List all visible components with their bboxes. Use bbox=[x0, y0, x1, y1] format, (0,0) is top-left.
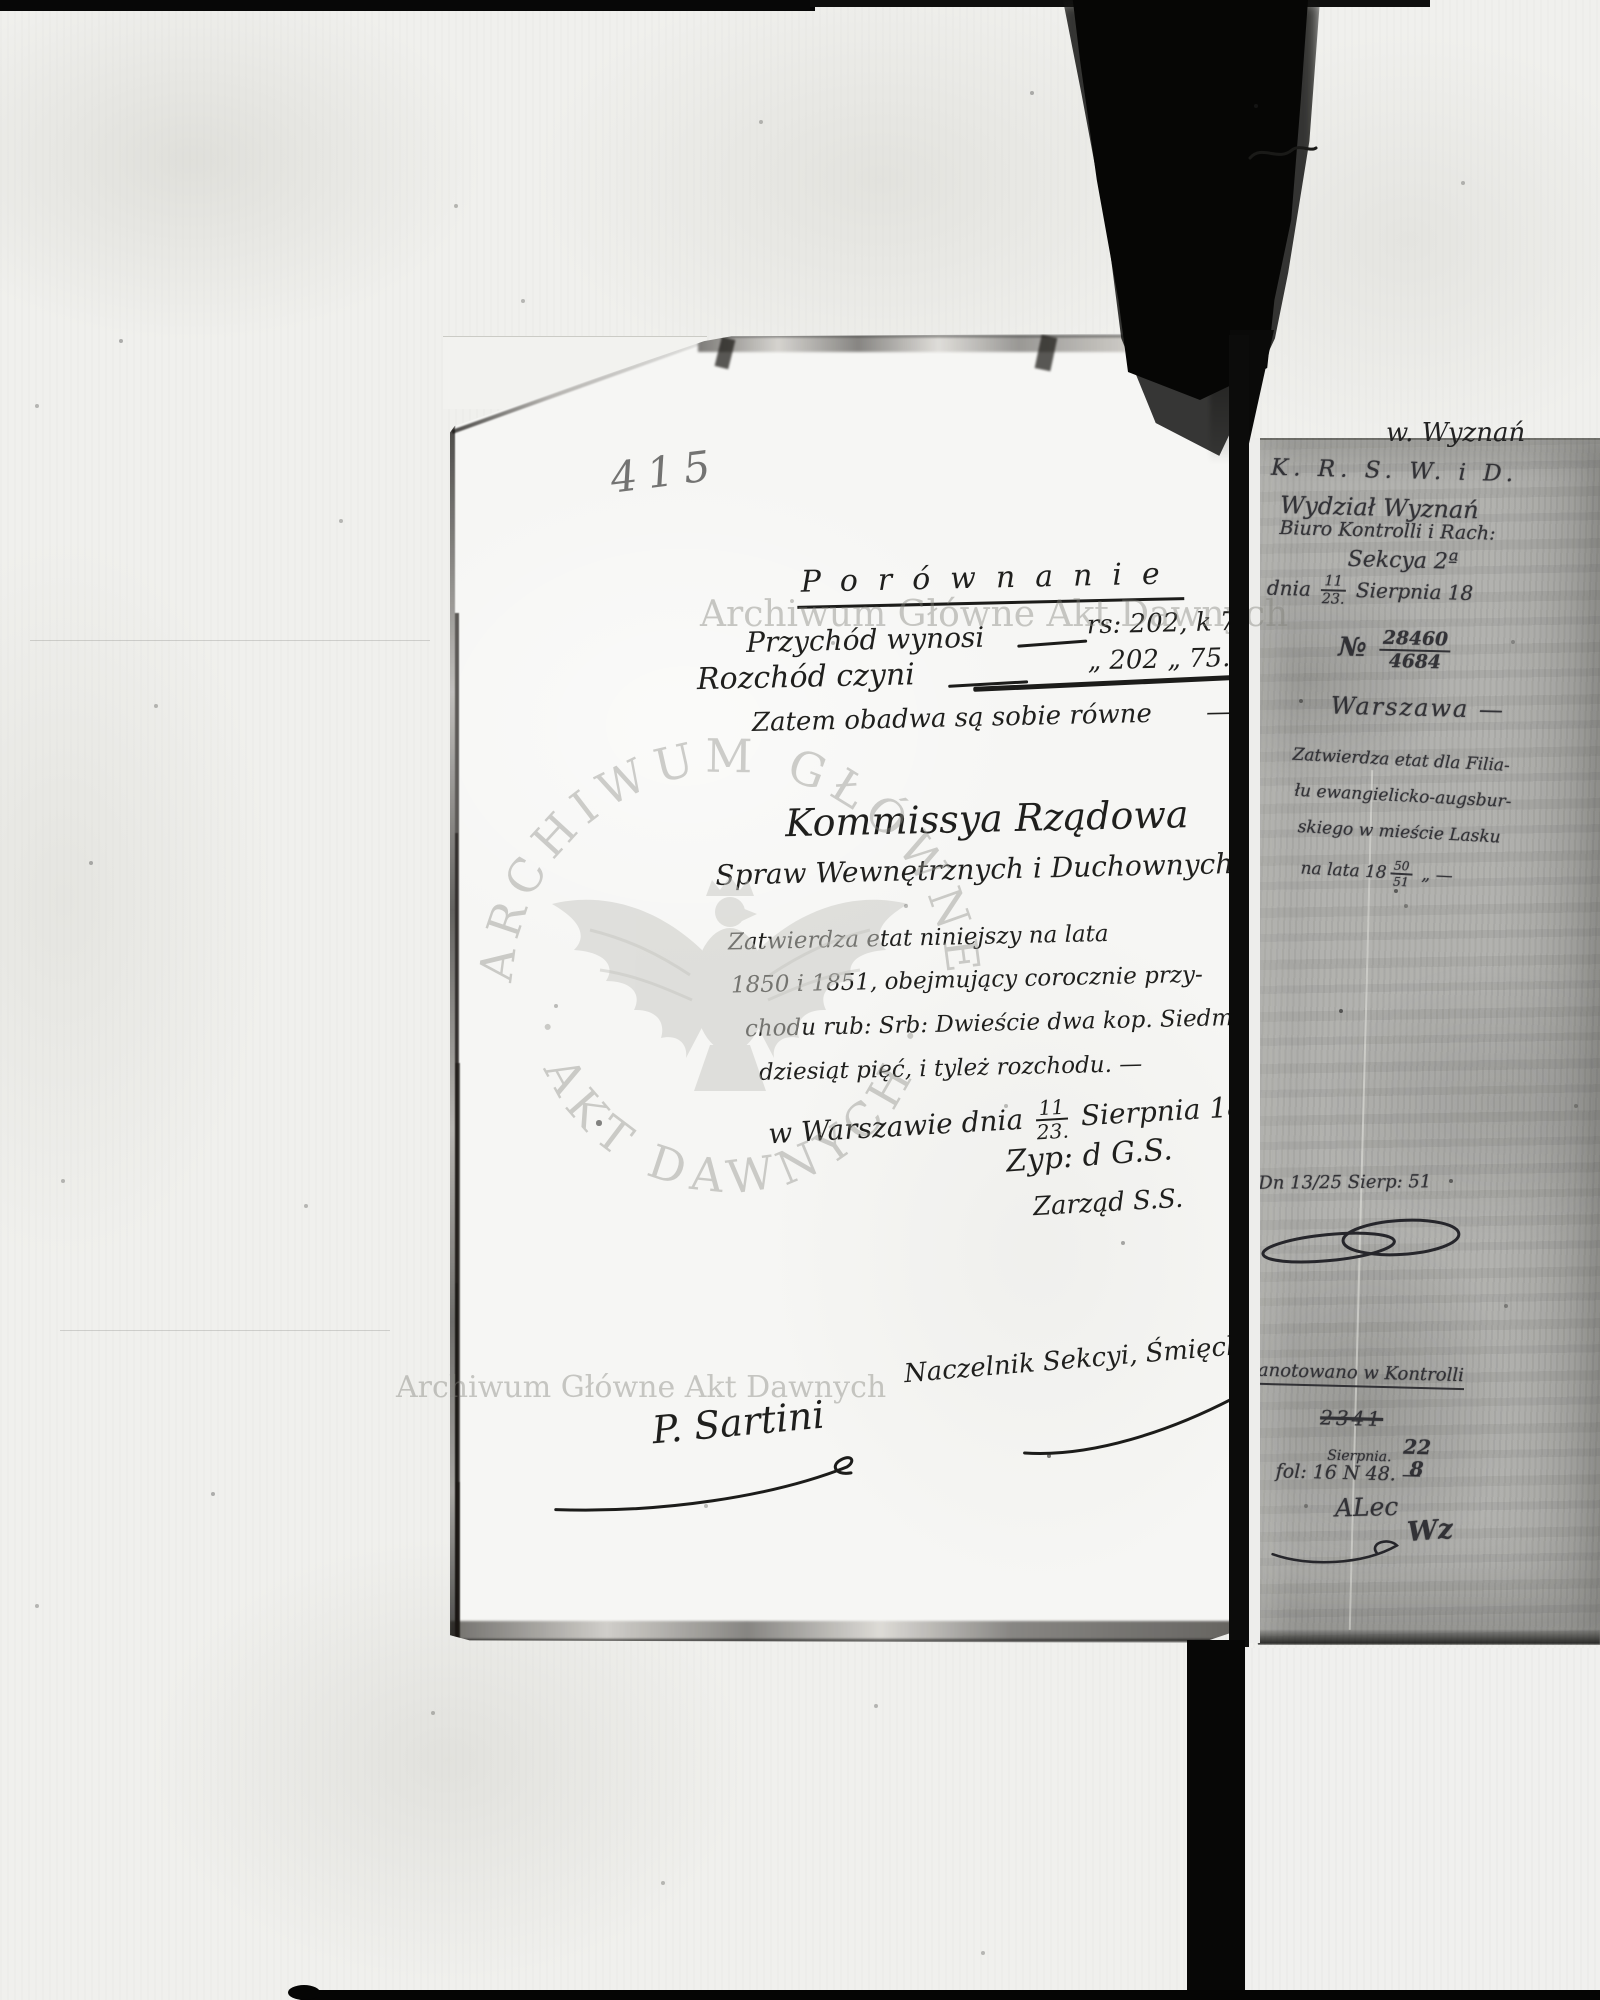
registry-section: Sekcya 2ª bbox=[1347, 548, 1458, 575]
signature-flourish bbox=[1019, 1390, 1245, 1461]
numero-sign: № bbox=[1338, 632, 1367, 663]
date-old-style: 23. bbox=[1322, 592, 1345, 608]
scan-void-bottom-blob bbox=[288, 1985, 320, 2000]
signature-flourish bbox=[551, 1450, 874, 1519]
main-page-content: 415 Porównanie Przychód wynosi rs: 202, … bbox=[435, 324, 1247, 1651]
stray-pen-mark bbox=[1248, 140, 1318, 170]
registry-bureau: Biuro Kontrolli i Rach: bbox=[1279, 518, 1496, 545]
countersignature: P. Sartini bbox=[650, 1394, 826, 1453]
summary-years-line: na lata 185051 „ — bbox=[1300, 855, 1454, 891]
scan-void-top-strip bbox=[0, 0, 815, 11]
ledger-dash bbox=[1017, 639, 1087, 647]
archival-scan-canvas: 415 Porównanie Przychód wynosi rs: 202, … bbox=[0, 0, 1600, 2000]
number-sub: 4684 bbox=[1389, 651, 1442, 672]
date-fraction: 11 23. bbox=[1321, 574, 1346, 607]
decree-body-line: 1850 i 1851, obejmujący corocznie przy- bbox=[731, 962, 1203, 999]
pencil-page-number: 415 bbox=[608, 440, 724, 503]
scan-void-bottom-strip bbox=[296, 1990, 1600, 2000]
registry-city: Warszawa — bbox=[1331, 692, 1506, 723]
comparison-conclusion: Zatem obadwa są sobie równe —„ bbox=[752, 698, 1246, 739]
summary-line: skiego w mieście Lasku bbox=[1297, 818, 1501, 847]
control-note-heading: Zanotowano w Kontrolli bbox=[1245, 1360, 1464, 1390]
authority-heading-1: Kommissya Rządowa bbox=[785, 793, 1189, 846]
comparison-row-value: „ 202 „ 75. bbox=[1087, 644, 1230, 677]
number-fraction: 28460 4684 bbox=[1379, 629, 1451, 672]
page-gap-sliver bbox=[1248, 438, 1260, 1643]
dateline-prefix: w Warszawie dnia bbox=[767, 1103, 1024, 1151]
summary-line: Zatwierdza etat dla Filia- bbox=[1292, 746, 1510, 776]
margin-note-top-right: w. Wyznań bbox=[1386, 418, 1525, 448]
date-suffix: Sierpnia 18 bbox=[1356, 578, 1474, 605]
clerk-initials: Wz bbox=[1406, 1515, 1454, 1548]
authority-heading-2: Spraw Wewnętrznych i Duchownych bbox=[715, 848, 1234, 892]
received-note: Dn 13/25 Sierp: 51 bbox=[1258, 1172, 1431, 1193]
date-new-style: 11 bbox=[1321, 574, 1346, 592]
paper-scratch bbox=[60, 1330, 390, 1331]
signature-lower: Zarząd S.S. bbox=[1032, 1185, 1184, 1223]
bottom-right-sheet bbox=[1244, 1648, 1600, 2000]
conclusion-text: Zatem obadwa są sobie równe bbox=[752, 699, 1153, 738]
registry-number: № 28460 4684 bbox=[1338, 628, 1455, 672]
folio-reference: fol: 16 N 48. — bbox=[1276, 1461, 1422, 1486]
clerk-signature: ALec bbox=[1335, 1493, 1399, 1522]
day-top: 22 bbox=[1400, 1437, 1434, 1459]
registry-page-bottom-edge bbox=[1258, 1630, 1600, 1644]
comparison-row-label: Rozchód czyni bbox=[697, 658, 916, 697]
summary-line: łu ewangielicko-augsbur- bbox=[1294, 782, 1512, 812]
page-gap-bar bbox=[1229, 335, 1249, 1647]
comparison-row-label: Przychód wynosi bbox=[746, 622, 985, 660]
received-flourish bbox=[1258, 1198, 1465, 1278]
date-new-style: 11 bbox=[1035, 1097, 1068, 1122]
decree-body-line: Zatwierdza etat niniejszy na lata bbox=[728, 921, 1109, 956]
page-gap-lower bbox=[1187, 1640, 1245, 2000]
date-prefix: dnia bbox=[1267, 576, 1312, 601]
section-chief-signature: Naczelnik Sekcyi, Śmięcki bbox=[903, 1331, 1251, 1390]
cancelled-number: 2341 bbox=[1320, 1406, 1383, 1430]
years-tail: „ — bbox=[1421, 865, 1453, 887]
years-fraction: 5051 bbox=[1390, 859, 1413, 889]
date-fraction: 11 23. bbox=[1035, 1097, 1070, 1143]
decree-body-line: dziesiąt pięć, i tyleż rozchodu. — bbox=[759, 1051, 1143, 1086]
registry-page-content: K. R. S. W. i D. Wydział Wyznań Biuro Ko… bbox=[1234, 436, 1600, 1650]
main-document-page: 415 Porównanie Przychód wynosi rs: 202, … bbox=[450, 333, 1232, 1643]
years-prefix: na lata 18 bbox=[1300, 858, 1387, 882]
registry-dateline: dnia 11 23. Sierpnia 18 bbox=[1266, 573, 1473, 611]
registry-page: K. R. S. W. i D. Wydział Wyznań Biuro Ko… bbox=[1258, 438, 1600, 1645]
year-bottom: 51 bbox=[1393, 875, 1409, 889]
clerk-flourish bbox=[1268, 1532, 1404, 1570]
number-main: 28460 bbox=[1380, 629, 1452, 653]
registry-office-abbr: K. R. S. W. i D. bbox=[1271, 456, 1519, 488]
paper-scratch bbox=[30, 640, 430, 641]
comparison-title: Porównanie bbox=[796, 557, 1184, 608]
decree-body-line: chodu rub: Srb: Dwieście dwa kop. Siedm- bbox=[745, 1005, 1242, 1043]
year-top: 50 bbox=[1390, 859, 1412, 875]
